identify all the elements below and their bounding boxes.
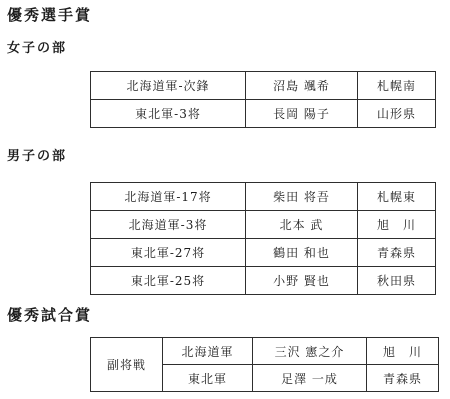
table-row: 東北軍-3将 長岡 陽子 山形県 <box>91 100 436 128</box>
region-cell: 旭 川 <box>367 338 439 365</box>
table-row: 北海道軍-次鋒 沼島 颯希 札幌南 <box>91 72 436 100</box>
team-position-cell: 北海道軍-17将 <box>91 183 246 211</box>
region-cell: 山形県 <box>358 100 436 128</box>
player-name-cell: 柴田 将吾 <box>246 183 358 211</box>
player-name-cell: 小野 賢也 <box>246 267 358 295</box>
player-name-cell: 長岡 陽子 <box>246 100 358 128</box>
team-position-cell: 北海道軍-3将 <box>91 211 246 239</box>
team-cell: 北海道軍 <box>163 338 253 365</box>
women-results-table: 北海道軍-次鋒 沼島 颯希 札幌南 東北軍-3将 長岡 陽子 山形県 <box>90 71 436 128</box>
match-award-table: 副将戦 北海道軍 三沢 憲之介 旭 川 東北軍 足澤 一成 青森県 <box>90 337 439 392</box>
team-position-cell: 東北軍-27将 <box>91 239 246 267</box>
region-cell: 秋田県 <box>358 267 436 295</box>
men-results-table: 北海道軍-17将 柴田 将吾 札幌東 北海道軍-3将 北本 武 旭 川 東北軍-… <box>90 182 436 295</box>
team-position-cell: 東北軍-25将 <box>91 267 246 295</box>
region-cell: 青森県 <box>358 239 436 267</box>
region-cell: 青森県 <box>367 365 439 392</box>
player-name-cell: 沼島 颯希 <box>246 72 358 100</box>
match-label-cell: 副将戦 <box>91 338 163 392</box>
player-name-cell: 三沢 憲之介 <box>253 338 367 365</box>
table-row: 東北軍-25将 小野 賢也 秋田県 <box>91 267 436 295</box>
match-award-title: 優秀試合賞 <box>7 304 92 325</box>
player-award-title: 優秀選手賞 <box>7 4 92 25</box>
team-cell: 東北軍 <box>163 365 253 392</box>
table-row: 副将戦 北海道軍 三沢 憲之介 旭 川 <box>91 338 439 365</box>
region-cell: 札幌東 <box>358 183 436 211</box>
region-cell: 旭 川 <box>358 211 436 239</box>
region-cell: 札幌南 <box>358 72 436 100</box>
player-name-cell: 北本 武 <box>246 211 358 239</box>
player-name-cell: 足澤 一成 <box>253 365 367 392</box>
table-row: 東北軍-27将 鶴田 和也 青森県 <box>91 239 436 267</box>
section-heading-women: 女子の部 <box>7 37 67 56</box>
team-position-cell: 北海道軍-次鋒 <box>91 72 246 100</box>
table-row: 北海道軍-3将 北本 武 旭 川 <box>91 211 436 239</box>
team-position-cell: 東北軍-3将 <box>91 100 246 128</box>
section-heading-men: 男子の部 <box>7 145 67 164</box>
player-name-cell: 鶴田 和也 <box>246 239 358 267</box>
table-row: 北海道軍-17将 柴田 将吾 札幌東 <box>91 183 436 211</box>
